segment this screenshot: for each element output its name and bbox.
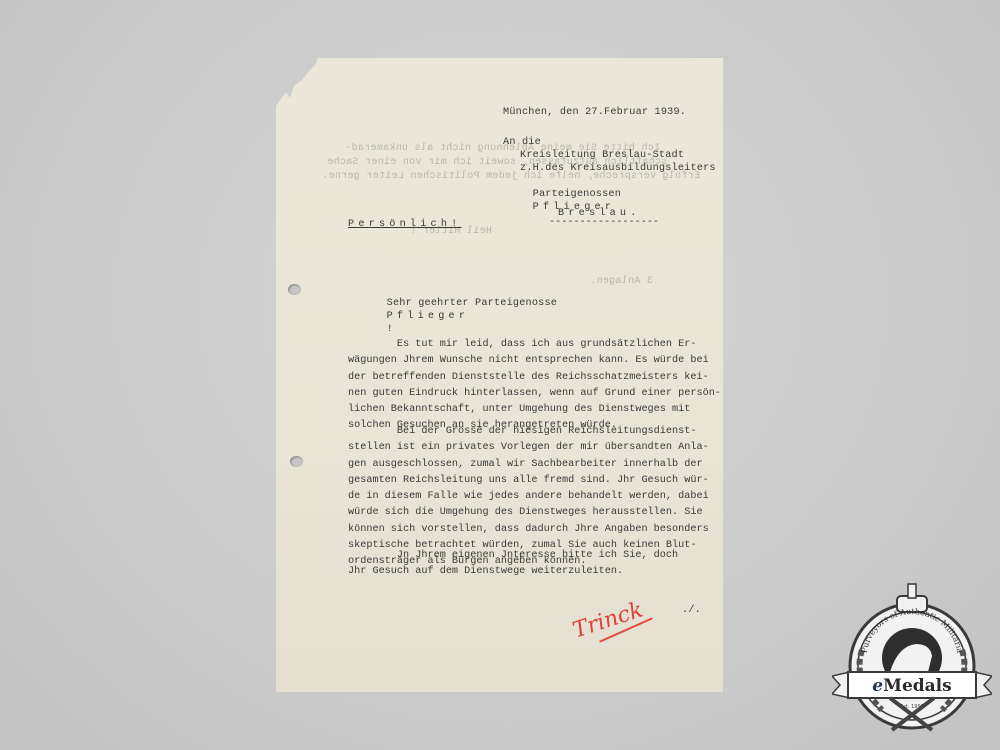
punch-hole-top (288, 284, 301, 295)
greeting-prefix: Sehr geehrter Parteigenosse (387, 298, 557, 309)
paragraph-1: Es tut mir leid, dass ich aus grundsätzl… (348, 337, 718, 435)
paragraph-line: Jhr Gesuch auf dem Dienstwege weiterzule… (348, 564, 718, 580)
recipient-line2: z.H.des Kreisausbildungsleiters (520, 162, 716, 175)
continuation-mark: ./. (682, 604, 701, 617)
emedals-badge-icon: eMedals Est. 1993 Purveyors of Authentic… (832, 580, 992, 740)
paragraph-line: wägungen Jhrem Wunsche nicht entsprechen… (348, 353, 718, 369)
paragraph-line: Es tut mir leid, dass ich aus grundsätzl… (348, 337, 718, 353)
recipient-prefix: An die (503, 136, 541, 149)
place-date: München, den 27.Februar 1939. (503, 106, 686, 119)
recipient-line3-prefix: Parteigenossen (533, 189, 621, 200)
greeting-name: Pflieger (387, 311, 470, 322)
recipient-city-underline: ------------------ (549, 216, 659, 229)
paragraph-line: de in diesem Falle wie jedes andere beha… (348, 489, 718, 505)
punch-hole-bottom (290, 456, 303, 467)
personal-marking: Persönlich! (348, 218, 461, 231)
paragraph-line: gen ausgeschlossen, zumal wir Sachbearbe… (348, 457, 718, 473)
paragraph-line: würde sich die Umgehung des Dienstweges … (348, 505, 718, 521)
recipient-line1: Kreisleitung Breslau-Stadt (520, 149, 684, 162)
greeting: Sehr geehrter Parteigenosse Pflieger ! (374, 284, 557, 336)
paragraph-line: Jn Jhrem eigenen Jnteresse bitte ich Sie… (348, 548, 718, 564)
svg-text:eMedals: eMedals (872, 676, 951, 696)
paragraph-line: der betreffenden Dienststelle des Reichs… (348, 370, 718, 386)
paragraph-line: nen guten Eindruck hinterlassen, wenn au… (348, 386, 718, 402)
paragraph-line: stellen ist ein privates Vorlegen der mi… (348, 440, 718, 456)
greeting-suffix: ! (387, 324, 393, 335)
emedals-logo: eMedals Est. 1993 Purveyors of Authentic… (832, 580, 992, 740)
paragraph-line: können sich vorstellen, dass dadurch Jhr… (348, 522, 718, 538)
paragraph-line: gesamten Reichsleitung uns alle fremd si… (348, 473, 718, 489)
bleed-through-line: 3 Anlagen. (590, 276, 653, 287)
paragraph-line: lichen Bekanntschaft, unter Umgehung des… (348, 402, 718, 418)
paragraph-line: Bei der Grösse der hiesigen Reichsleitun… (348, 424, 718, 440)
paragraph-3: Jn Jhrem eigenen Jnteresse bitte ich Sie… (348, 548, 718, 581)
